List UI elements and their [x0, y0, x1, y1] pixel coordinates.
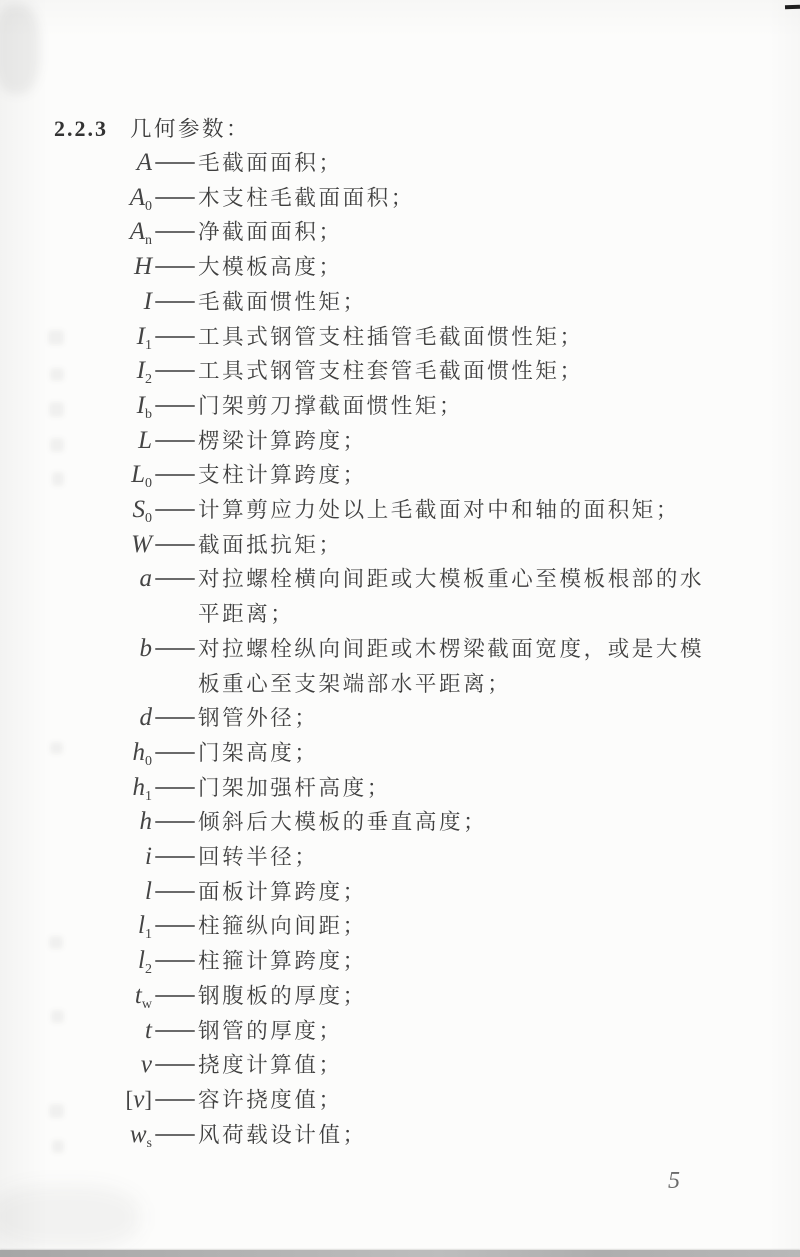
symbol-base: I	[137, 357, 145, 384]
definition-text: 对拉螺栓横向间距或大模板重心至模板根部的水平距离；	[198, 562, 714, 631]
definition-row: Ib 门架剪刀撑截面惯性矩；	[0, 389, 770, 424]
symbol-base: H	[134, 253, 152, 280]
definition-row: W 截面抵抗矩；	[0, 528, 770, 563]
symbol-subscript: 1	[145, 338, 152, 353]
symbol-label: H	[0, 250, 152, 285]
definition-text: 面板计算跨度；	[198, 875, 714, 910]
symbol-label: Ib	[0, 389, 152, 424]
symbol-label: I2	[0, 354, 152, 389]
symbol-base: v	[133, 1086, 144, 1113]
definition-text: 支柱计算跨度；	[198, 458, 714, 493]
symbol-label: L	[0, 424, 152, 459]
symbol-subscript: b	[145, 407, 152, 422]
definition-text: 计算剪应力处以上毛截面对中和轴的面积矩；	[198, 493, 714, 528]
symbol-base: L	[131, 461, 145, 488]
symbol-label: h0	[0, 736, 152, 771]
scan-artifact	[0, 4, 40, 94]
definition-text: 木支柱毛截面面积；	[198, 181, 714, 216]
definition-text: 毛截面惯性矩；	[198, 285, 714, 320]
definition-row: v 挠度计算值；	[0, 1048, 770, 1083]
symbol-subscript: 2	[145, 372, 152, 387]
symbol-base: i	[145, 843, 152, 870]
symbol-base: t	[145, 1017, 152, 1044]
symbol-subscript: 1	[145, 927, 152, 942]
section-title: 几何参数：	[130, 117, 250, 141]
symbol-base: A	[130, 218, 145, 245]
symbol-subscript: 0	[145, 511, 152, 526]
symbol-subscript: 0	[145, 754, 152, 769]
symbol-base: I	[144, 288, 152, 315]
symbol-base: l	[138, 912, 145, 939]
symbol-subscript: 0	[145, 199, 152, 214]
definition-row: a 对拉螺栓横向间距或大模板重心至模板根部的水平距离；	[0, 562, 770, 631]
symbol-label: L0	[0, 458, 152, 493]
symbol-base: h	[133, 774, 146, 801]
definition-text: 截面抵抗矩；	[198, 528, 714, 563]
definition-row: ws 风荷载设计值；	[0, 1118, 770, 1153]
symbol-label: l	[0, 875, 152, 910]
definition-text: 工具式钢管支柱套管毛截面惯性矩；	[198, 354, 714, 389]
symbol-base: b	[140, 635, 153, 662]
symbol-label: S0	[0, 493, 152, 528]
definition-row: L0 支柱计算跨度；	[0, 458, 770, 493]
symbol-base: h	[133, 739, 146, 766]
definition-row: A 毛截面面积；	[0, 146, 770, 181]
scanned-document-page: 2.2.3几何参数： A 毛截面面积； A0 木支柱毛截面面积； An 净截面面…	[0, 0, 800, 1257]
definition-text: 回转半径；	[198, 840, 714, 875]
scan-artifact	[0, 1185, 140, 1249]
definition-text: 毛截面面积；	[198, 146, 714, 181]
symbol-subscript: 1	[145, 789, 152, 804]
definition-row: L 楞梁计算跨度；	[0, 424, 770, 459]
symbol-label: d	[0, 701, 152, 736]
symbol-base: A	[130, 184, 145, 211]
symbol-subscript: 0	[145, 476, 152, 491]
symbol-label: h1	[0, 771, 152, 806]
definition-row: t 钢管的厚度；	[0, 1014, 770, 1049]
symbol-label: t	[0, 1014, 152, 1049]
definition-text: 楞梁计算跨度；	[198, 424, 714, 459]
symbol-base: W	[131, 531, 152, 558]
definition-text: 挠度计算值；	[198, 1048, 714, 1083]
definition-text: 净截面面积；	[198, 215, 714, 250]
scan-artifact	[785, 5, 800, 10]
definition-row: d 钢管外径；	[0, 701, 770, 736]
symbol-base: d	[140, 704, 153, 731]
scan-edge-bar	[0, 1250, 800, 1257]
symbol-label: ws	[0, 1118, 152, 1153]
definition-text: 钢管外径；	[198, 701, 714, 736]
definition-row: b 对拉螺栓纵向间距或木楞梁截面宽度，或是大模板重心至支架端部水平距离；	[0, 632, 770, 701]
symbol-label: l1	[0, 909, 152, 944]
definition-row: l1 柱箍纵向间距；	[0, 909, 770, 944]
symbol-base: v	[141, 1051, 152, 1078]
symbol-label: A0	[0, 181, 152, 216]
symbol-base: l	[138, 947, 145, 974]
symbol-label: a	[0, 562, 152, 597]
symbol-base: A	[137, 149, 152, 176]
definition-row: tw 钢腹板的厚度；	[0, 979, 770, 1014]
definition-text: 容许挠度值；	[198, 1083, 714, 1118]
symbol-base: a	[140, 565, 153, 592]
definition-row: I 毛截面惯性矩；	[0, 285, 770, 320]
definition-row: A0 木支柱毛截面面积；	[0, 181, 770, 216]
definition-text: 对拉螺栓纵向间距或木楞梁截面宽度，或是大模板重心至支架端部水平距离；	[198, 632, 714, 701]
definition-text: 门架加强杆高度；	[198, 771, 714, 806]
symbol-base: I	[137, 323, 145, 350]
symbol-label: h	[0, 805, 152, 840]
section-number: 2.2.3	[54, 116, 108, 141]
symbol-subscript: s	[147, 1136, 152, 1151]
symbol-base: w	[130, 1121, 147, 1148]
definition-text: 柱箍纵向间距；	[198, 909, 714, 944]
definition-row: i 回转半径；	[0, 840, 770, 875]
definition-row: I2 工具式钢管支柱套管毛截面惯性矩；	[0, 354, 770, 389]
definition-row: H 大模板高度；	[0, 250, 770, 285]
definition-row: h0 门架高度；	[0, 736, 770, 771]
definition-text: 钢腹板的厚度；	[198, 979, 714, 1014]
definition-text: 倾斜后大模板的垂直高度；	[198, 805, 714, 840]
symbol-base: l	[145, 878, 152, 905]
symbol-base: I	[137, 392, 145, 419]
symbol-label: An	[0, 215, 152, 250]
symbol-label: l2	[0, 944, 152, 979]
definition-row: l2 柱箍计算跨度；	[0, 944, 770, 979]
definition-text: 工具式钢管支柱插管毛截面惯性矩；	[198, 320, 714, 355]
definition-row: S0 计算剪应力处以上毛截面对中和轴的面积矩；	[0, 493, 770, 528]
symbol-subscript: 2	[145, 962, 152, 977]
symbol-base: h	[140, 808, 153, 835]
section-header: 2.2.3几何参数：	[54, 114, 250, 147]
definition-text: 钢管的厚度；	[198, 1014, 714, 1049]
symbol-label: v	[0, 1048, 152, 1083]
definition-row: h1 门架加强杆高度；	[0, 771, 770, 806]
definition-row: l 面板计算跨度；	[0, 875, 770, 910]
symbol-label: I1	[0, 320, 152, 355]
symbol-label: [v]	[0, 1083, 152, 1118]
page-number: 5	[668, 1168, 681, 1195]
symbol-base: L	[138, 427, 152, 454]
definition-text: 门架高度；	[198, 736, 714, 771]
definition-text: 门架剪刀撑截面惯性矩；	[198, 389, 714, 424]
symbol-base: t	[135, 982, 142, 1009]
definition-row: I1 工具式钢管支柱插管毛截面惯性矩；	[0, 320, 770, 355]
symbol-subscript: n	[145, 233, 152, 248]
symbol-label: i	[0, 840, 152, 875]
definition-text: 大模板高度；	[198, 250, 714, 285]
symbol-subscript: w	[142, 997, 152, 1012]
definition-row: [v] 容许挠度值；	[0, 1083, 770, 1118]
definition-text: 柱箍计算跨度；	[198, 944, 714, 979]
definition-list: A 毛截面面积； A0 木支柱毛截面面积； An 净截面面积； H 大模板高度；…	[0, 146, 770, 1152]
symbol-label: A	[0, 146, 152, 181]
symbol-label: tw	[0, 979, 152, 1014]
symbol-label: W	[0, 528, 152, 563]
definition-row: h 倾斜后大模板的垂直高度；	[0, 805, 770, 840]
definition-row: An 净截面面积；	[0, 215, 770, 250]
symbol-base: S	[133, 496, 146, 523]
bracket-close: ]	[144, 1087, 152, 1112]
symbol-label: b	[0, 632, 152, 667]
definition-text: 风荷载设计值；	[198, 1118, 714, 1153]
symbol-label: I	[0, 285, 152, 320]
